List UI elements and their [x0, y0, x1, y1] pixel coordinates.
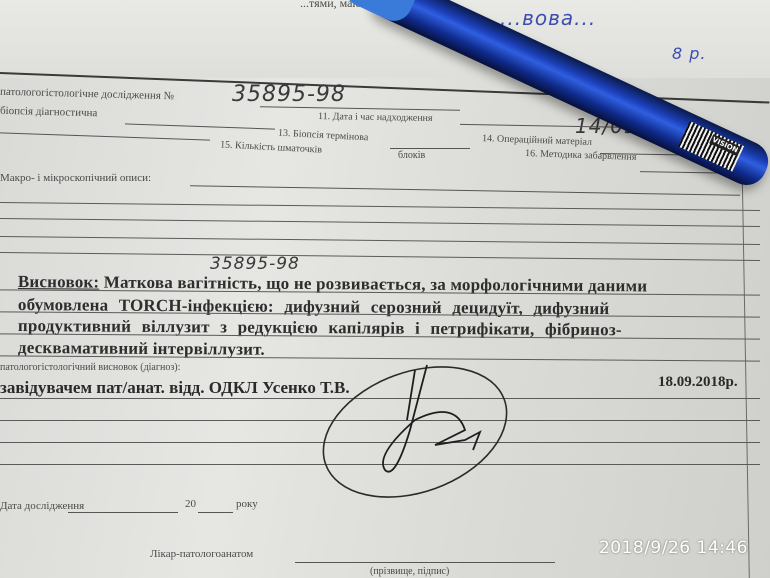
field-line: [295, 562, 555, 563]
pieces-label: 15. Кількість шматочків: [220, 139, 322, 155]
field-line: [125, 123, 275, 129]
date-time-label: 11. Дата і час надходження: [318, 111, 433, 124]
camera-timestamp: 2018/9/26 14:46: [599, 538, 748, 558]
blocks-label: блоків: [398, 150, 425, 161]
field-line: [190, 185, 740, 196]
year-prefix: 20: [185, 498, 196, 510]
conclusion-handwritten-number: 35895-98: [210, 254, 300, 274]
ruled-line: [0, 236, 760, 245]
ruled-line: [0, 202, 760, 211]
field-line: [260, 106, 460, 110]
signature-line: завідувачем пат/анат. відд. ОДКЛ Усенко …: [0, 378, 350, 398]
macro-micro-label: Макро- і мікроскопічний описи:: [0, 172, 151, 184]
top-handwritten-2: 8 р.: [672, 44, 707, 63]
study-number: 35895-98: [232, 82, 346, 107]
pathologist-label: Лікар-патологоанатом: [150, 548, 253, 560]
staining-label: 16. Методика забарвлення: [525, 148, 637, 163]
name-sign-hint: (прізвище, підпис): [370, 566, 449, 577]
study-label: патологогістологічне дослідження №: [0, 86, 174, 103]
signature-date: 18.09.2018р.: [658, 374, 738, 391]
field-line: [390, 148, 470, 149]
field-line: [68, 512, 178, 513]
year-suffix: року: [236, 498, 258, 510]
study-date-label: Дата дослідження: [0, 500, 84, 512]
field-line: [198, 512, 233, 513]
top-handwritten-1: ...вова...: [500, 6, 596, 30]
diagnosis-label: патологогістологічний висновок (діагноз)…: [0, 362, 180, 373]
field-line: [0, 132, 210, 140]
urgent-label: 13. Біопсія термінова: [278, 128, 369, 144]
ruled-line: [0, 218, 760, 227]
biopsy-diag-label: біопсія діагностична: [0, 105, 98, 120]
form-right-border: [741, 140, 750, 578]
signature-mark: [315, 360, 525, 500]
ruled-line: [0, 252, 760, 261]
